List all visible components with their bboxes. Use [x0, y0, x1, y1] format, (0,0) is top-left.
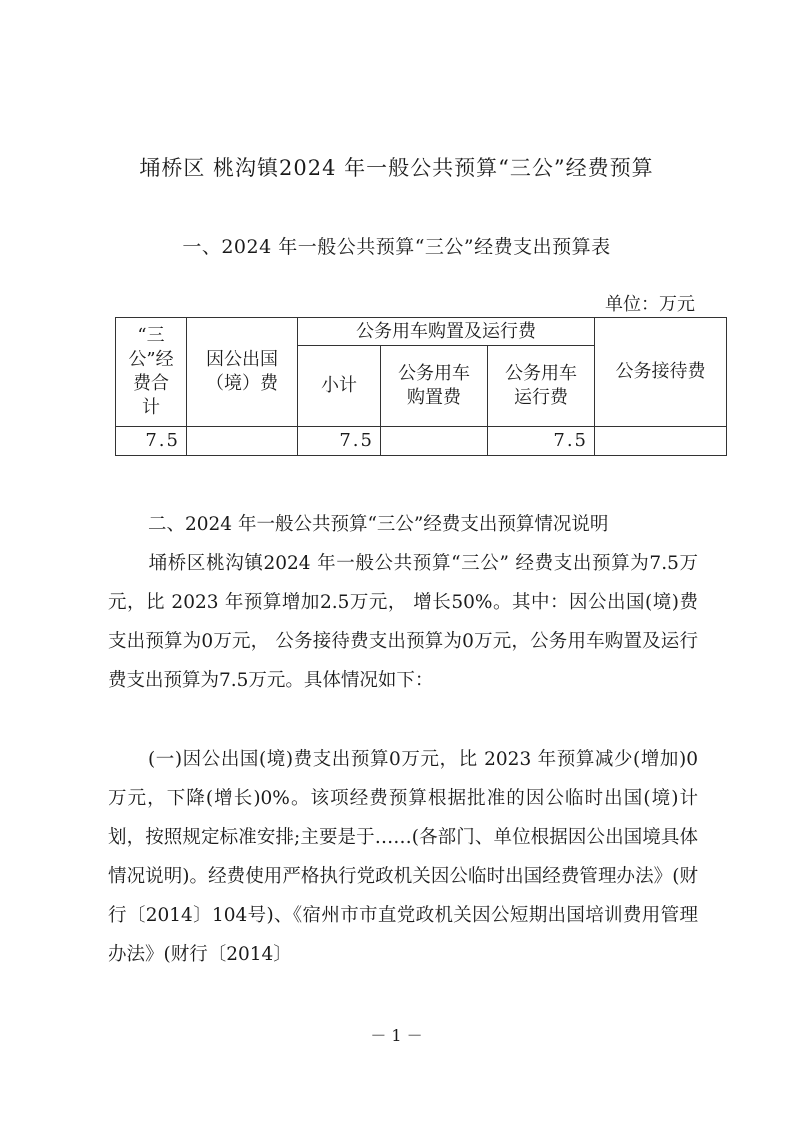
- header-total-line: 公”经: [116, 348, 186, 372]
- header-vehicle-operation: 公务用车 运行费: [488, 346, 595, 427]
- cell-reception: [595, 427, 727, 456]
- header-total-line: 计: [116, 396, 186, 420]
- document-title: 埇桥区 桃沟镇2024 年一般公共预算“三公”经费预算: [0, 152, 793, 182]
- table-row: 7.5 7.5 7.5: [116, 427, 727, 456]
- header-total-line: 费合: [116, 372, 186, 396]
- cell-vehicle-operation: 7.5: [488, 427, 595, 456]
- header-vehicle-subtotal: 小计: [298, 346, 381, 427]
- section-2-heading-para: 二、2024 年一般公共预算“三公”经费支出预算情况说明: [108, 505, 698, 544]
- cell-vehicle-purchase: [381, 427, 488, 456]
- header-vehicle-purchase-line: 购置费: [381, 386, 487, 410]
- paragraph-abroad-detail: (一)因公出国(境)费支出预算0万元，比 2023 年预算减少(增加)0万元，下…: [108, 740, 698, 974]
- header-vehicle-group: 公务用车购置及运行费: [298, 318, 595, 346]
- unit-label: 单位：万元: [605, 290, 695, 316]
- paragraph-summary: 埇桥区桃沟镇2024 年一般公共预算“三公” 经费支出预算为7.5万元，比 20…: [108, 544, 698, 700]
- document-page: 埇桥区 桃沟镇2024 年一般公共预算“三公”经费预算 一、2024 年一般公共…: [0, 0, 793, 1122]
- header-abroad-line: （境）费: [187, 372, 297, 396]
- section-1-heading: 一、2024 年一般公共预算“三公”经费支出预算表: [0, 232, 793, 259]
- cell-vehicle-subtotal: 7.5: [298, 427, 381, 456]
- table-header-row-1: “三 公”经 费合 计 因公出国 （境）费 公务用车购置及运行费 公务接待费: [116, 318, 727, 346]
- header-abroad-line: 因公出国: [187, 348, 297, 372]
- three-public-expenses-table: “三 公”经 费合 计 因公出国 （境）费 公务用车购置及运行费 公务接待费 小…: [115, 317, 727, 456]
- header-vehicle-operation-line: 公务用车: [488, 362, 594, 386]
- header-vehicle-operation-line: 运行费: [488, 386, 594, 410]
- header-vehicle-purchase: 公务用车 购置费: [381, 346, 488, 427]
- paragraph-summary-text: 埇桥区桃沟镇2024 年一般公共预算“三公” 经费支出预算为7.5万元，比 20…: [108, 553, 698, 691]
- paragraph-abroad-detail-text: (一)因公出国(境)费支出预算0万元，比 2023 年预算减少(增加)0万元，下…: [108, 749, 698, 965]
- section-2-heading: 二、2024 年一般公共预算“三公”经费支出预算情况说明: [148, 514, 608, 535]
- header-abroad: 因公出国 （境）费: [187, 318, 298, 427]
- cell-total: 7.5: [116, 427, 187, 456]
- cell-abroad: [187, 427, 298, 456]
- header-vehicle-purchase-line: 公务用车: [381, 362, 487, 386]
- header-total: “三 公”经 费合 计: [116, 318, 187, 427]
- header-reception: 公务接待费: [595, 318, 727, 427]
- header-total-line: “三: [116, 324, 186, 348]
- page-number: － 1 －: [0, 1023, 793, 1046]
